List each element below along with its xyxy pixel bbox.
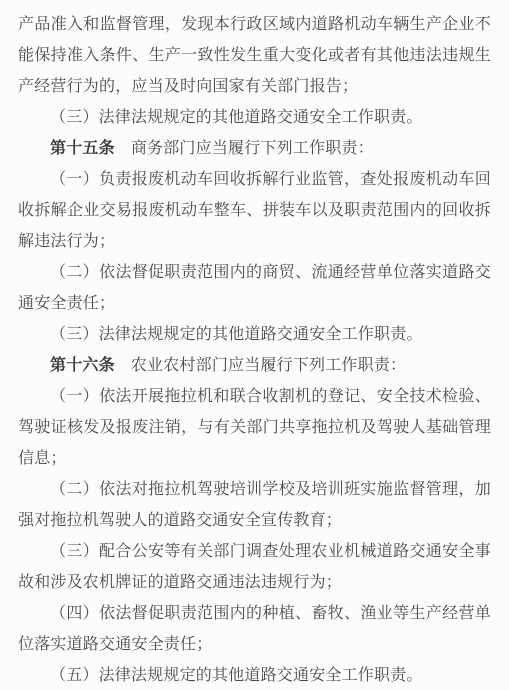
paragraph-text: （三）法律法规规定的其他道路交通安全工作职责。 — [50, 326, 423, 343]
paragraph-text: （一）负责报废机动车回收拆解行业监管，查处报废机动车回收拆解企业交易报废机动车整… — [18, 171, 491, 250]
paragraph-text: （五）法律法规规定的其他道路交通安全工作职责。 — [50, 667, 423, 684]
paragraph: （一）依法开展拖拉机和联合收割机的登记、安全技术检验、驾驶证核发及报废注销，与有… — [18, 381, 491, 474]
paragraph-text: 产品准入和监督管理，发现本行政区域内道路机动车辆生产企业不能保持准入条件、生产一… — [18, 16, 491, 95]
paragraph-text: 商务部门应当履行下列工作职责： — [131, 140, 374, 157]
paragraph-text: 农业农村部门应当履行下列工作职责： — [131, 357, 406, 374]
paragraph-text: （二）依法督促职责范围内的商贸、流通经营单位落实道路交通安全责任； — [18, 264, 491, 312]
paragraph: （四）依法督促职责范围内的种植、畜牧、渔业等生产经营单位落实道路交通安全责任； — [18, 598, 491, 660]
article-number: 第十六条 — [50, 357, 115, 374]
paragraph-text: （一）依法开展拖拉机和联合收割机的登记、安全技术检验、驾驶证核发及报废注销，与有… — [18, 388, 491, 467]
paragraph-text: （三）配合公安等有关部门调查处理农业机械道路交通安全事故和涉及农机牌证的道路交通… — [18, 543, 491, 591]
paragraph: （三）法律法规规定的其他道路交通安全工作职责。 — [18, 319, 491, 350]
paragraph: （二）依法督促职责范围内的商贸、流通经营单位落实道路交通安全责任； — [18, 257, 491, 319]
paragraph-text: （三）法律法规规定的其他道路交通安全工作职责。 — [50, 109, 423, 126]
article-number: 第十五条 — [50, 140, 115, 157]
document-body: 产品准入和监督管理，发现本行政区域内道路机动车辆生产企业不能保持准入条件、生产一… — [18, 9, 491, 690]
paragraph: （二）依法对拖拉机驾驶培训学校及培训班实施监督管理，加强对拖拉机驾驶人的道路交通… — [18, 474, 491, 536]
paragraph: 产品准入和监督管理，发现本行政区域内道路机动车辆生产企业不能保持准入条件、生产一… — [18, 9, 491, 102]
paragraph: 第十五条商务部门应当履行下列工作职责： — [18, 133, 491, 164]
paragraph-text: （四）依法督促职责范围内的种植、畜牧、渔业等生产经营单位落实道路交通安全责任； — [18, 605, 491, 653]
paragraph: （五）法律法规规定的其他道路交通安全工作职责。 — [18, 660, 491, 690]
paragraph-text: （二）依法对拖拉机驾驶培训学校及培训班实施监督管理，加强对拖拉机驾驶人的道路交通… — [18, 481, 491, 529]
paragraph: （一）负责报废机动车回收拆解行业监管，查处报废机动车回收拆解企业交易报废机动车整… — [18, 164, 491, 257]
paragraph: （三）法律法规规定的其他道路交通安全工作职责。 — [18, 102, 491, 133]
document-page: 产品准入和监督管理，发现本行政区域内道路机动车辆生产企业不能保持准入条件、生产一… — [0, 0, 509, 690]
paragraph: 第十六条农业农村部门应当履行下列工作职责： — [18, 350, 491, 381]
paragraph: （三）配合公安等有关部门调查处理农业机械道路交通安全事故和涉及农机牌证的道路交通… — [18, 536, 491, 598]
